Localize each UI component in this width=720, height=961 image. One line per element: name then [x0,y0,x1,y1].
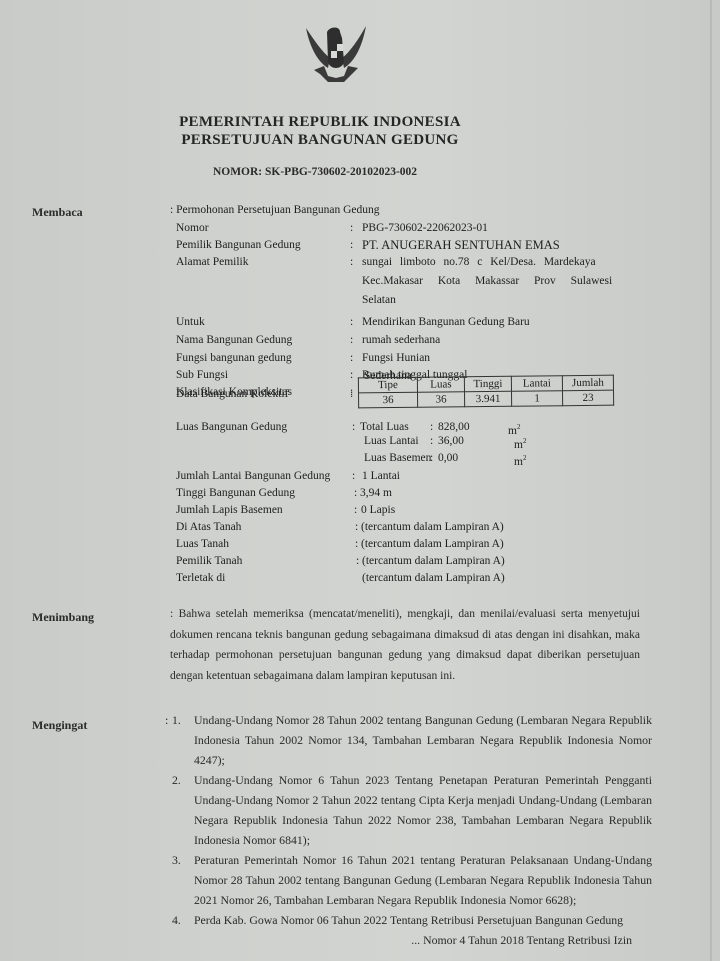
field-label: Jumlah Lapis Basemen [176,501,283,519]
section-label-mengingat: Mengingat [32,718,87,733]
document-title-line2: PERSETUJUAN BANGUNAN GEDUNG [0,132,640,149]
field-value: PBG-730602-22062023-01 [362,219,488,237]
field-label: Terletak di [176,569,225,587]
table-header: Luas [417,377,464,392]
field-value-line2: Kec.Makasar Kota Makassar Prov Sulawesi [362,272,612,290]
field-label: Luas Bangunan Gedung [176,418,287,436]
unit: m [514,456,523,468]
garuda-emblem-icon [300,18,372,86]
mengingat-list: 1.Undang-Undang Nomor 28 Tahun 2002 tent… [172,710,652,950]
field-value-line3: Selatan [362,291,396,309]
table-cell: 23 [562,390,613,406]
table-cell: 36 [418,392,465,407]
field-label: Fungsi bangunan gedung [176,349,292,367]
field-value: PT. ANUGERAH SENTUHAN EMAS [362,236,560,254]
field-label: Nomor [176,219,209,237]
field-label: Nama Bangunan Gedung [176,331,292,349]
table-cell: 3.941 [465,391,512,406]
field-value: (tercantum dalam Lampiran A) [362,569,505,587]
luas-item-value: 36,00 [438,432,464,450]
field-value: (tercantum dalam Lampiran A) [361,535,504,553]
field-value: (tercantum dalam Lampiran A) [361,518,504,536]
table-header: Tipe [358,377,417,393]
luas-item-label: Luas Basemen [364,449,431,467]
field-value: (tercantum dalam Lampiran A) [362,552,505,570]
table-row: 36 36 3.941 1 23 [359,390,614,408]
document-number: NOMOR: SK-PBG-730602-20102023-002 [0,166,630,178]
field-label: Luas Tanah [176,535,229,553]
membaca-intro: : Permohonan Persetujuan Bangunan Gedung [170,201,380,219]
field-value: 0 Lapis [361,501,395,519]
list-item: 3.Peraturan Pemerintah Nomor 16 Tahun 20… [172,850,652,910]
table-cell: 36 [359,392,418,408]
page-edge [710,0,712,961]
document-title-line1: PEMERINTAH REPUBLIK INDONESIA [0,114,640,131]
list-item: 4.Perda Kab. Gowa Nomor 06 Tahun 2022 Te… [172,910,652,930]
field-value: 1 Lantai [362,467,400,485]
field-label: Pemilik Bangunan Gedung [176,236,301,254]
field-label: Alamat Pemilik [176,253,249,271]
list-item-partial: ... Nomor 4 Tahun 2018 Tentang Retribusi… [172,930,652,950]
field-label: Data Bangunan Kolektif [176,385,288,403]
table-header: Lantai [511,376,562,392]
field-value: rumah sederhana [362,331,440,349]
table-header: Jumlah [562,375,613,391]
table-cell: 1 [511,391,562,407]
field-label: Sub Fungsi [176,366,228,384]
field-label: Tinggi Bangunan Gedung [176,484,295,502]
luas-item-value: 0,00 [438,449,458,467]
field-label: Jumlah Lantai Bangunan Gedung [176,467,330,485]
field-value: Mendirikan Bangunan Gedung Baru [362,313,530,331]
field-value: Fungsi Hunian [362,349,430,367]
section-label-membaca: Membaca [32,205,83,220]
table-header: Tinggi [464,376,511,391]
list-item: 1.Undang-Undang Nomor 28 Tahun 2002 tent… [172,710,652,770]
field-value: 3,94 m [360,484,392,502]
menimbang-text: : Bahwa setelah memeriksa (mencatat/mene… [170,604,640,686]
field-label: Untuk [176,313,205,331]
section-label-menimbang: Menimbang [32,610,94,625]
data-kolektif-table: Tipe Luas Tinggi Lantai Jumlah 36 36 3.9… [358,375,614,409]
field-value-line1: sungai limboto no.78 c Kel/Desa. Mardeka… [362,253,642,271]
field-label: Pemilik Tanah [176,552,242,570]
luas-item-label: Luas Lantai [364,432,419,450]
field-label: Di Atas Tanah [176,518,241,536]
list-item: 2.Undang-Undang Nomor 6 Tahun 2023 Tenta… [172,770,652,850]
